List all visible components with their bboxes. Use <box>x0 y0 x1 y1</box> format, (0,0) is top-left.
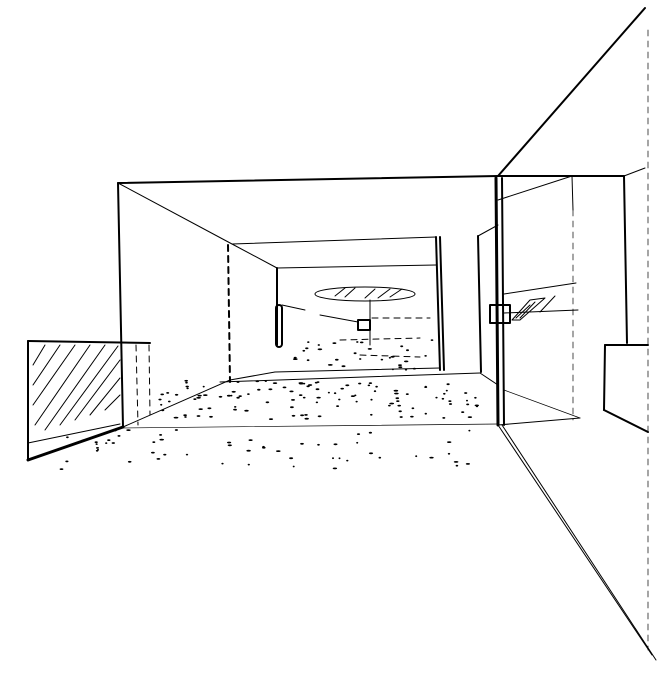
right-low-cabinet <box>604 345 648 432</box>
right-column <box>496 178 656 660</box>
inner-corridor-frame <box>120 225 498 428</box>
right-hatched-window <box>490 296 555 323</box>
outer-ceiling-frame <box>118 8 645 427</box>
right-glass-wall <box>504 30 648 650</box>
hatched-left-panel <box>28 341 150 460</box>
far-ceiling-light <box>315 287 430 357</box>
architectural-sketch <box>0 0 670 678</box>
